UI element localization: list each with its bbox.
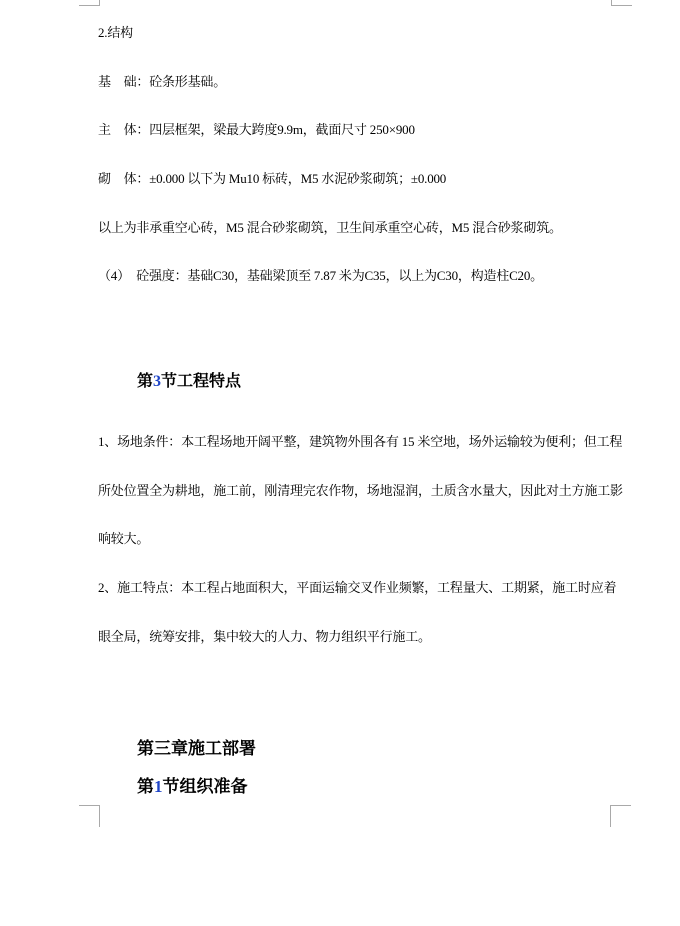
chapter3-section1-prefix: 第	[137, 777, 154, 796]
section3-heading-suffix: 节工程特点	[161, 373, 241, 390]
body-line-site-conditions-1: 1、场地条件：本工程场地开阔平整，建筑物外围各有 15 米空地，场外运输较为便利…	[98, 418, 623, 467]
chapter3-section1-suffix: 节组织准备	[163, 777, 248, 796]
chapter3-section1-heading: 第1节组织准备	[137, 777, 248, 797]
chapter3-heading: 第三章施工部署	[137, 739, 256, 759]
margin-mark-bottom-right-vertical	[610, 805, 611, 827]
body-line-structure-title: 2.结构	[98, 9, 562, 58]
chapter3-section1-number: 1	[154, 777, 163, 796]
structure-paragraphs: 2.结构 基 础：砼条形基础。 主 体：四层框架，梁最大跨度9.9m，截面尺寸 …	[98, 9, 562, 301]
section3-heading-prefix: 第	[137, 373, 153, 390]
body-line-masonry: 砌 体：±0.000 以下为 Mu10 标砖，M5 水泥砂浆砌筑；±0.000	[98, 155, 562, 204]
section3-heading: 第3节工程特点	[137, 372, 241, 391]
body-line-site-conditions-3: 响较大。	[98, 515, 623, 564]
features-paragraphs: 1、场地条件：本工程场地开阔平整，建筑物外围各有 15 米空地，场外运输较为便利…	[98, 418, 623, 661]
margin-mark-top-right-vertical	[611, 0, 612, 5]
body-line-masonry-cont: 以上为非承重空心砖，M5 混合砂浆砌筑，卫生间承重空心砖，M5 混合砂浆砌筑。	[98, 204, 562, 253]
chapter3-heading-text: 第三章施工部署	[137, 739, 256, 758]
body-line-construction-2: 眼全局，统筹安排，集中较大的人力、物力组织平行施工。	[98, 613, 623, 662]
margin-mark-bottom-left-horizontal	[79, 805, 100, 806]
body-line-foundation: 基 础：砼条形基础。	[98, 58, 562, 107]
body-line-concrete-grade: （4） 砼强度：基础C30，基础梁顶至 7.87 米为C35，以上为C30，构造…	[98, 252, 562, 301]
margin-mark-bottom-right-horizontal	[610, 805, 631, 806]
margin-mark-top-left-vertical	[99, 0, 100, 5]
document-page: 2.结构 基 础：砼条形基础。 主 体：四层框架，梁最大跨度9.9m，截面尺寸 …	[0, 0, 680, 926]
body-line-site-conditions-2: 所处位置全为耕地，施工前，刚清理完农作物，场地湿润，土质含水量大，因此对土方施工…	[98, 467, 623, 516]
body-line-main-body: 主 体：四层框架，梁最大跨度9.9m，截面尺寸 250×900	[98, 106, 562, 155]
body-line-construction-1: 2、施工特点：本工程占地面积大，平面运输交叉作业频繁，工程量大、工期紧，施工时应…	[98, 564, 623, 613]
margin-mark-bottom-left-vertical	[99, 805, 100, 827]
margin-mark-top-left-horizontal	[79, 5, 100, 6]
section3-heading-number: 3	[153, 373, 161, 390]
margin-mark-top-right-horizontal	[611, 5, 632, 6]
